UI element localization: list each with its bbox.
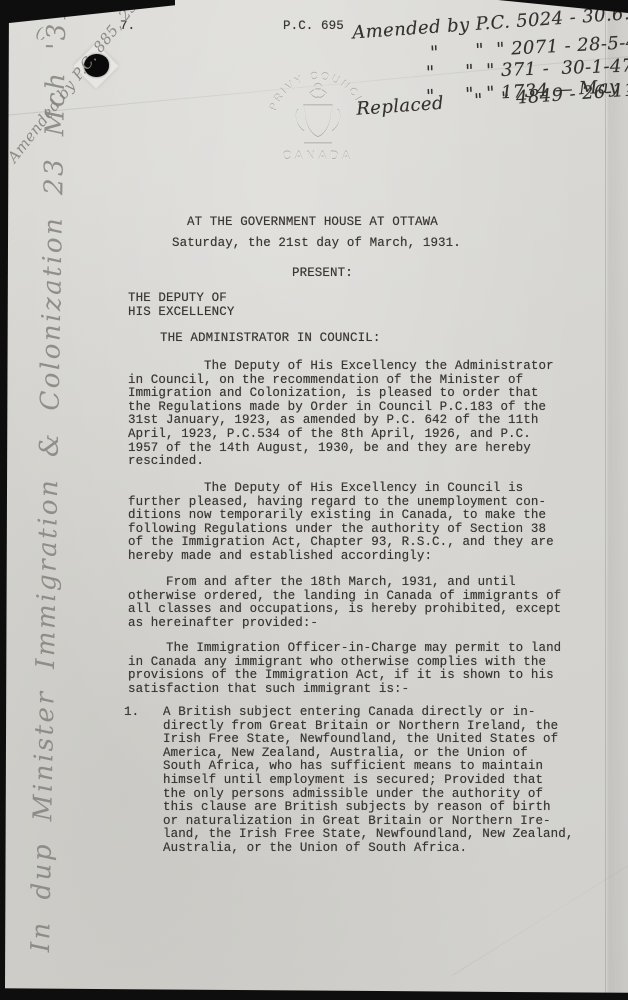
heading-council-title: THE ADMINISTRATOR IN COUNCIL: xyxy=(160,332,380,346)
regulation-item-number: 1. xyxy=(124,706,139,720)
typed-order-number: P.C. 695 xyxy=(283,20,344,34)
heading-present-names: THE DEPUTY OF HIS EXCELLENCY xyxy=(128,292,234,319)
body-paragraph: From and after the 18th March, 1931, and… xyxy=(128,576,583,630)
body-paragraph: The Immigration Officer-in-Charge may pe… xyxy=(128,642,583,696)
heading-location: AT THE GOVERNMENT HOUSE AT OTTAWA xyxy=(187,216,438,230)
seal-country-text: CANADA xyxy=(282,149,353,163)
heading-date: Saturday, the 21st day of March, 1931. xyxy=(172,237,461,251)
scanned-document-page: { "colors": { "paper": "#d7d6d2", "typed… xyxy=(0,0,628,1000)
seal-coat-of-arms xyxy=(296,85,340,145)
regulation-item-text: A British subject entering Canada direct… xyxy=(163,706,588,856)
heading-present-label: PRESENT: xyxy=(292,267,353,281)
body-paragraph: The Deputy of His Excellency the Adminis… xyxy=(128,360,578,469)
paper-right-edge xyxy=(605,0,628,1000)
body-paragraph: The Deputy of His Excellency in Council … xyxy=(128,482,578,564)
